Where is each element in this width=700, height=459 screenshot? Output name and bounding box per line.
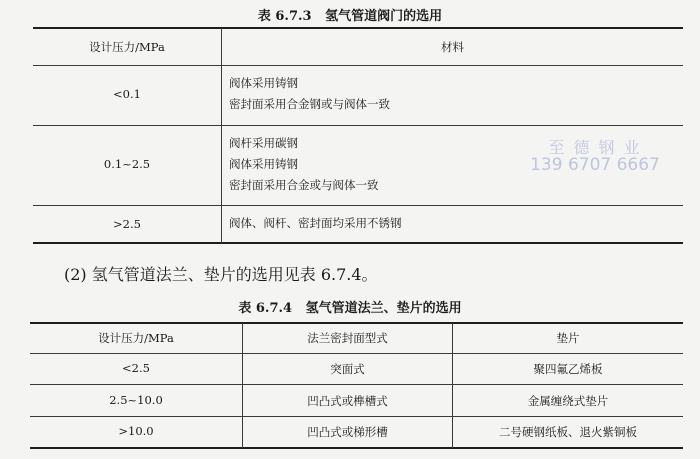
table2-header-gasket: 垫片 <box>453 330 683 346</box>
gasket-cell: 金属缠绕式垫片 <box>453 393 683 409</box>
table2-header-pressure: 设计压力/MPa <box>30 330 242 346</box>
table1-header-rule <box>33 65 683 66</box>
table1-caption: 表 6.7.3 氢气管道阀门的选用 <box>0 5 700 24</box>
material-line: 阀杆采用碳钢 <box>229 133 379 154</box>
table2-top-rule <box>30 322 683 324</box>
table2-row-rule <box>30 416 683 417</box>
table2-caption: 表 6.7.4 氢气管道法兰、垫片的选用 <box>0 297 700 316</box>
material-line: 阀体、阀杆、密封面均采用不锈钢 <box>229 213 402 234</box>
material-line: 阀体采用铸钢 <box>229 154 379 175</box>
table1-bottom-rule <box>33 242 683 244</box>
material-line: 密封面采用合金或与阀体一致 <box>229 175 379 196</box>
table1-row-rule <box>33 125 683 126</box>
table1-header-material: 材料 <box>222 39 683 55</box>
table2-header-rule <box>30 353 683 354</box>
material-cell: 阀杆采用碳钢 阀体采用铸钢 密封面采用合金或与阀体一致 <box>229 133 379 196</box>
gasket-cell: 聚四氟乙烯板 <box>453 361 683 377</box>
pressure-cell: >10.0 <box>30 424 242 438</box>
pressure-cell: 2.5~10.0 <box>30 393 242 407</box>
body-paragraph: (2) 氢气管道法兰、垫片的选用见表 6.7.4。 <box>64 262 378 285</box>
table1-top-rule <box>33 27 683 29</box>
gasket-cell: 二号硬钢纸板、退火紫铜板 <box>453 424 683 440</box>
flange-cell: 凹凸式或梯形槽 <box>243 424 452 440</box>
table1-header-pressure: 设计压力/MPa <box>33 39 221 55</box>
material-cell: 阀体、阀杆、密封面均采用不锈钢 <box>229 213 402 234</box>
pressure-cell: >2.5 <box>33 217 221 231</box>
table1-column-divider <box>221 28 222 243</box>
table2-row-rule <box>30 384 683 385</box>
material-line: 阀体采用铸钢 <box>229 73 390 94</box>
table1-row-rule <box>33 205 683 206</box>
watermark-phone: 139 6707 6667 <box>495 155 695 175</box>
pressure-cell: 0.1~2.5 <box>33 157 221 171</box>
flange-cell: 突面式 <box>243 361 452 377</box>
material-cell: 阀体采用铸钢 密封面采用合金钢或与阀体一致 <box>229 73 390 115</box>
material-line: 密封面采用合金钢或与阀体一致 <box>229 94 390 115</box>
pressure-cell: <0.1 <box>33 87 221 101</box>
pressure-cell: <2.5 <box>30 361 242 375</box>
table2-bottom-rule <box>30 447 683 449</box>
flange-cell: 凹凸式或榫槽式 <box>243 393 452 409</box>
table2-header-flange: 法兰密封面型式 <box>243 330 452 346</box>
